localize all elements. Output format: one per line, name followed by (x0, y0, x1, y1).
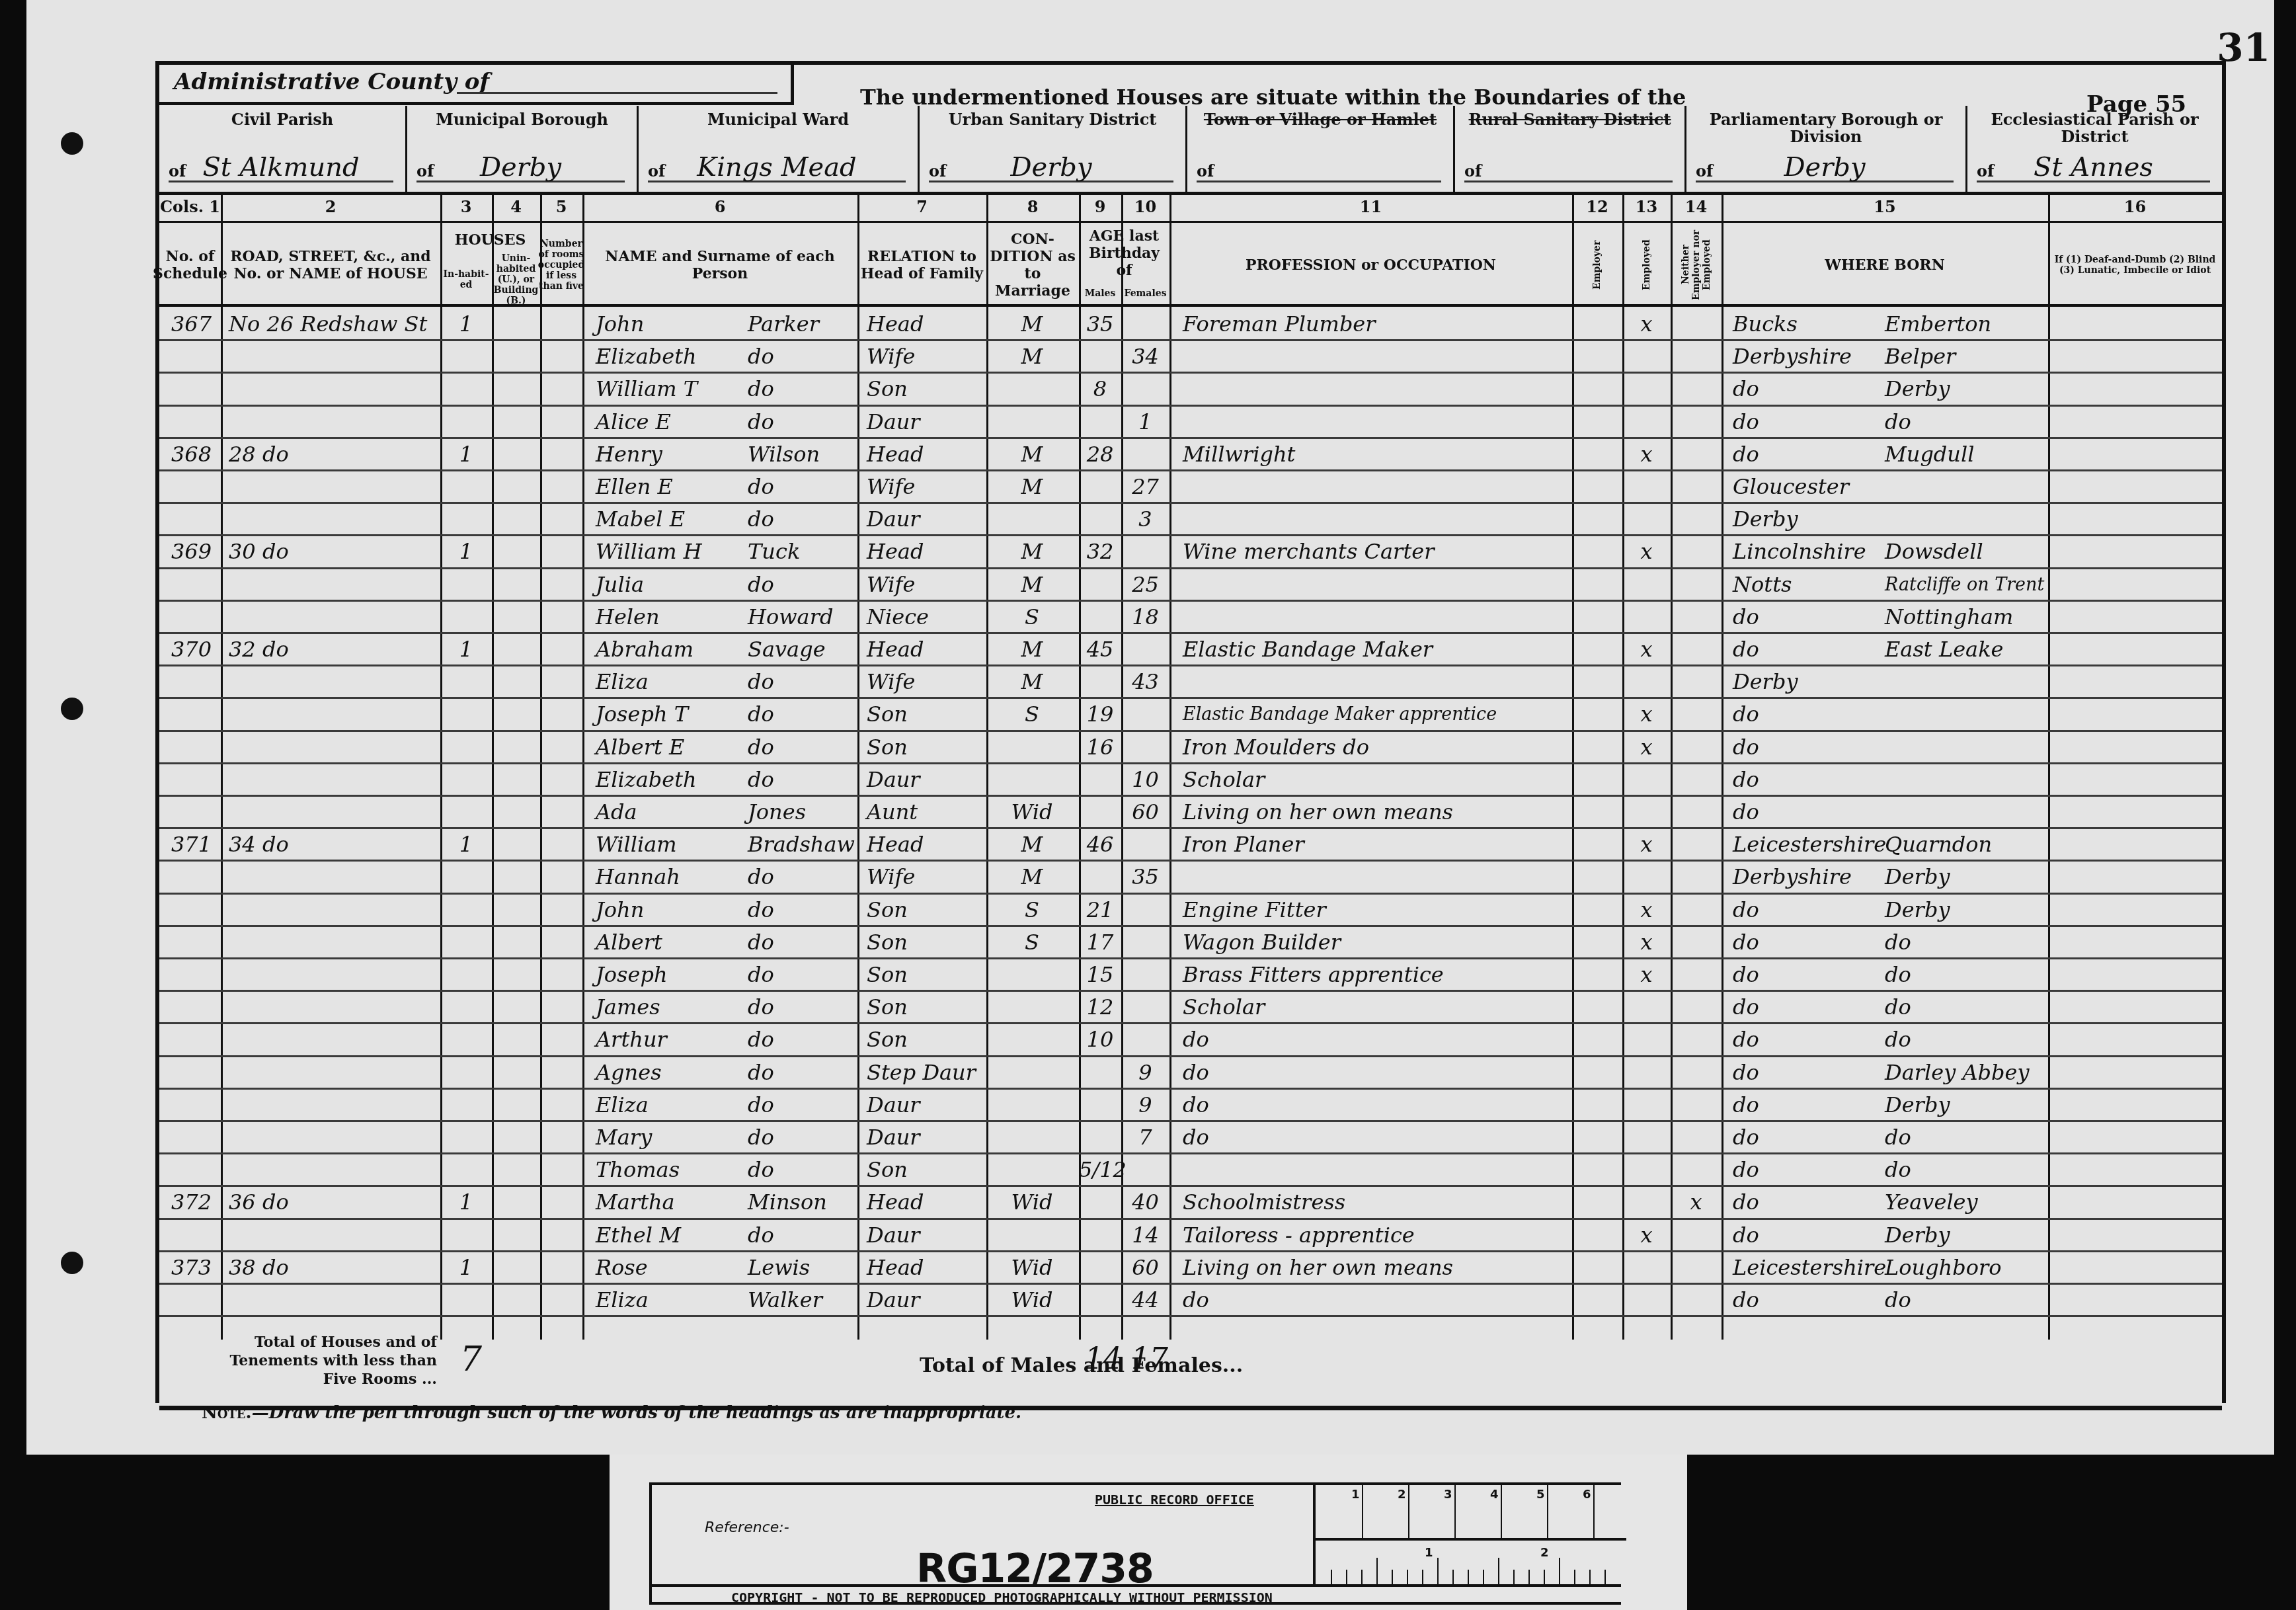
cell-sched: 372 (163, 1185, 219, 1217)
cell-neither (1671, 502, 1722, 534)
cell-place: do (1885, 925, 2047, 957)
cell-employed: x (1622, 437, 1671, 469)
table-row: ElizadoDaur9dodoDerby (159, 1088, 2222, 1122)
scale-ruler: 12345612 (1313, 1485, 1626, 1584)
cell-cond: S (992, 600, 1072, 632)
cell-place: Loughboro (1885, 1250, 2047, 1283)
cell-employer (1572, 893, 1622, 925)
cell-place: Nottingham (1885, 600, 2047, 632)
cell-neither (1671, 730, 1722, 762)
cell-male: 17 (1079, 925, 1121, 957)
cell-addr: 34 do (229, 827, 440, 860)
cell-employed (1622, 405, 1671, 437)
column-number: 2 (221, 197, 440, 216)
cell-sched (163, 469, 219, 502)
cell-inh (440, 600, 492, 632)
area-value-field: ofDerby (1696, 154, 1954, 182)
cell-sched (163, 1283, 219, 1315)
cell-employer (1572, 534, 1622, 567)
table-row: HelenHowardNieceS18doNottingham (159, 600, 2222, 634)
cell-place: Derby (1885, 372, 2047, 404)
cell-sched: 368 (163, 437, 219, 469)
reference-strip: PUBLIC RECORD OFFICE Reference:- RG12/27… (610, 1455, 1687, 1610)
cell-occ (1183, 405, 1566, 437)
cell-neither (1671, 437, 1722, 469)
cell-male (1079, 405, 1121, 437)
cell-county: do (1733, 1120, 1878, 1152)
table-row: AdaJonesAuntWid60Living on her own means… (159, 795, 2222, 829)
table-row: JamesdoSon12Scholardodo (159, 990, 2222, 1024)
cell-female: 1 (1121, 405, 1169, 437)
cell-occ: Living on her own means (1183, 795, 1566, 827)
cell-addr (229, 600, 440, 632)
column-header-c7: RELATION to Head of Family (857, 227, 986, 303)
cell-county: Derby (1733, 664, 1878, 697)
area-parliamentary-borough-or-division: Parliamentary Borough or Division ofDerb… (1686, 106, 1967, 192)
cell-employed: x (1622, 730, 1671, 762)
cell-female: 10 (1121, 762, 1169, 795)
cell-place: Dowsdell (1885, 534, 2047, 567)
cell-occ: Scholar (1183, 762, 1566, 795)
of-label: of (929, 161, 946, 181)
cell-addr (229, 1088, 440, 1120)
cell-employer (1572, 1055, 1622, 1088)
cell-name: Agnes (596, 1055, 748, 1088)
area-title: Rural Sanitary District (1455, 111, 1684, 128)
cell-employer (1572, 860, 1622, 892)
cell-surname: do (748, 405, 857, 437)
cell-employed (1622, 1120, 1671, 1152)
cell-cond: M (992, 632, 1072, 664)
cell-inh (440, 1283, 492, 1315)
table-row: 37032 do1AbrahamSavageHeadM45Elastic Ban… (159, 632, 2222, 666)
area-value-field: ofDerby (929, 154, 1173, 182)
cell-addr (229, 795, 440, 827)
reference-label: Reference:- (705, 1519, 789, 1536)
cell-county: do (1733, 1218, 1878, 1250)
table-row: Ethel MdoDaur14Tailoress - apprenticexdo… (159, 1218, 2222, 1252)
area-value: St Annes (2034, 152, 2153, 182)
of-label: of (416, 161, 434, 181)
table-row: 367No 26 Redshaw St1JohnParkerHeadM35For… (159, 307, 2222, 341)
cell-employer (1572, 1185, 1622, 1217)
cell-surname: do (748, 339, 857, 372)
cell-occ (1183, 860, 1566, 892)
area-title: Ecclesiastical Parish or District (1967, 111, 2222, 145)
cell-male: 12 (1079, 990, 1121, 1022)
cell-county: do (1733, 925, 1878, 957)
cell-employed: x (1622, 1218, 1671, 1250)
cell-female: 9 (1121, 1055, 1169, 1088)
column-header-c6: NAME and Surname of each Person (582, 227, 857, 303)
cell-county: Derby (1733, 502, 1878, 534)
cell-surname: do (748, 469, 857, 502)
cell-occ: do (1183, 1055, 1566, 1088)
cell-name: Elizabeth (596, 762, 748, 795)
cell-female (1121, 697, 1169, 729)
cell-surname: do (748, 697, 857, 729)
cell-cond (992, 1120, 1072, 1152)
column-number: 6 (582, 197, 857, 216)
cell-cond (992, 957, 1072, 990)
cell-employed (1622, 339, 1671, 372)
table-row: ArthurdoSon10dododo (159, 1022, 2222, 1057)
ruler-label: 5 (1536, 1488, 1545, 1502)
cell-employed (1622, 795, 1671, 827)
cell-occ: Brass Fitters apprentice (1183, 957, 1566, 990)
cell-male (1079, 1120, 1121, 1152)
column-number: 14 (1671, 197, 1722, 216)
cell-inh (440, 372, 492, 404)
cell-neither (1671, 307, 1722, 339)
cell-employed (1622, 1250, 1671, 1283)
reference-box: PUBLIC RECORD OFFICE Reference:- RG12/27… (649, 1482, 1621, 1605)
cell-county: do (1733, 990, 1878, 1022)
cell-male: 5/12 (1079, 1152, 1121, 1185)
cell-occ: Schoolmistress (1183, 1185, 1566, 1217)
area-value: Derby (480, 152, 561, 182)
cell-name: Mary (596, 1120, 748, 1152)
cell-rel: Head (867, 437, 986, 469)
cell-surname: do (748, 762, 857, 795)
cell-place: do (1885, 1283, 2047, 1315)
admin-county-field (457, 92, 777, 94)
cell-cond: M (992, 437, 1072, 469)
cell-neither (1671, 600, 1722, 632)
cell-male (1079, 1088, 1121, 1120)
cell-rel: Daur (867, 762, 986, 795)
cell-addr (229, 697, 440, 729)
column-header-c9_10: AGE last Birthday of (1079, 227, 1169, 280)
cell-employer (1572, 600, 1622, 632)
cell-neither (1671, 567, 1722, 600)
table-row: MarydoDaur7dododo (159, 1120, 2222, 1154)
cell-inh: 1 (440, 534, 492, 567)
cell-name: Ellen E (596, 469, 748, 502)
cell-occ: do (1183, 1088, 1566, 1120)
cell-rel: Son (867, 990, 986, 1022)
cell-county: do (1733, 1185, 1878, 1217)
cell-occ: Wagon Builder (1183, 925, 1566, 957)
cell-employed (1622, 1022, 1671, 1055)
cell-addr (229, 502, 440, 534)
cell-male: 45 (1079, 632, 1121, 664)
area-title: Town or Village or Hamlet (1187, 111, 1453, 128)
cell-sched: 371 (163, 827, 219, 860)
column-header-c11: PROFESSION or OCCUPATION (1169, 227, 1572, 303)
cell-occ: Elastic Bandage Maker apprentice (1183, 697, 1566, 729)
census-page: 31 Administrative County of The undermen… (26, 0, 2274, 1455)
cell-name: Albert (596, 925, 748, 957)
cell-female: 25 (1121, 567, 1169, 600)
cell-male: 32 (1079, 534, 1121, 567)
table-row: Alice EdoDaur1dodo (159, 405, 2222, 439)
table-row: ElizaWalkerDaurWid44dododo (159, 1283, 2222, 1317)
cell-inh (440, 990, 492, 1022)
column-header-c9: Males (1079, 284, 1121, 303)
cell-rel: Daur (867, 502, 986, 534)
cell-place: East Leake (1885, 632, 2047, 664)
cell-county: do (1733, 697, 1878, 729)
cell-county: do (1733, 405, 1878, 437)
cell-rel: Head (867, 534, 986, 567)
cell-employer (1572, 437, 1622, 469)
cell-occ (1183, 664, 1566, 697)
column-number: Cols. 1 (159, 197, 221, 216)
cell-place (1885, 469, 2047, 502)
cell-female: 3 (1121, 502, 1169, 534)
cell-neither (1671, 795, 1722, 827)
area-ecclesiastical-parish-or-district: Ecclesiastical Parish or District ofSt A… (1967, 106, 2222, 192)
cell-inh (440, 1055, 492, 1088)
cell-male (1079, 1055, 1121, 1088)
cell-employer (1572, 697, 1622, 729)
cell-female (1121, 534, 1169, 567)
table-row: JuliadoWifeM25NottsRatcliffe on Trent (159, 567, 2222, 602)
cell-sched (163, 990, 219, 1022)
cell-addr: No 26 Redshaw St (229, 307, 440, 339)
cell-employer (1572, 1120, 1622, 1152)
cell-county: do (1733, 957, 1878, 990)
cell-place: Emberton (1885, 307, 2047, 339)
cell-sched (163, 697, 219, 729)
cell-cond (992, 762, 1072, 795)
cell-cond: M (992, 339, 1072, 372)
cell-inh (440, 1022, 492, 1055)
cell-employer (1572, 827, 1622, 860)
cell-employed: x (1622, 307, 1671, 339)
cell-sched: 370 (163, 632, 219, 664)
cell-cond: Wid (992, 1283, 1072, 1315)
cell-employed (1622, 600, 1671, 632)
cell-sched: 367 (163, 307, 219, 339)
cell-addr (229, 730, 440, 762)
column-header-c5: Number of rooms occupied if less than fi… (540, 227, 582, 303)
cell-occ: Iron Planer (1183, 827, 1566, 860)
cell-county: Lincolnshire (1733, 534, 1878, 567)
table-row: 37338 do1RoseLewisHeadWid60Living on her… (159, 1250, 2222, 1285)
cell-female: 60 (1121, 795, 1169, 827)
area-title: Civil Parish (159, 111, 405, 128)
cell-place (1885, 730, 2047, 762)
cell-occ: do (1183, 1283, 1566, 1315)
cell-rel: Head (867, 827, 986, 860)
cell-addr (229, 1022, 440, 1055)
cell-male: 10 (1079, 1022, 1121, 1055)
cell-employed: x (1622, 534, 1671, 567)
cell-occ (1183, 372, 1566, 404)
cell-male: 15 (1079, 957, 1121, 990)
cell-female (1121, 1022, 1169, 1055)
table-row: JosephdoSon15Brass Fitters apprenticexdo… (159, 957, 2222, 992)
ruler-label: 1 (1351, 1488, 1360, 1502)
cell-county: do (1733, 795, 1878, 827)
cell-rel: Wife (867, 469, 986, 502)
cell-occ (1183, 502, 1566, 534)
cell-rel: Wife (867, 339, 986, 372)
table-row: Ellen EdoWifeM27Gloucester (159, 469, 2222, 504)
cell-name: Abraham (596, 632, 748, 664)
cell-male (1079, 795, 1121, 827)
cell-surname: do (748, 372, 857, 404)
cell-place: Derby (1885, 1218, 2047, 1250)
cell-neither (1671, 762, 1722, 795)
cell-female (1121, 925, 1169, 957)
cell-sched (163, 1152, 219, 1185)
cell-county: do (1733, 1088, 1878, 1120)
area-value-field: ofKings Mead (648, 154, 906, 182)
cell-employed (1622, 860, 1671, 892)
cell-male (1079, 339, 1121, 372)
cell-county: Derbyshire (1733, 339, 1878, 372)
cell-sched (163, 1022, 219, 1055)
cell-surname: do (748, 664, 857, 697)
cell-neither (1671, 664, 1722, 697)
cell-female (1121, 1152, 1169, 1185)
cell-cond: M (992, 469, 1072, 502)
cell-cond (992, 990, 1072, 1022)
cell-occ (1183, 600, 1566, 632)
cell-neither (1671, 1022, 1722, 1055)
cell-employed: x (1622, 925, 1671, 957)
cell-male (1079, 860, 1121, 892)
cell-name: Joseph (596, 957, 748, 990)
cell-rel: Son (867, 730, 986, 762)
cell-employed (1622, 1152, 1671, 1185)
cell-county: Notts (1733, 567, 1878, 600)
cell-place: Mugdull (1885, 437, 2047, 469)
column-header-c2: ROAD, STREET, &c., and No. or NAME of HO… (221, 227, 440, 303)
area-value-field: of (1197, 154, 1441, 182)
cell-inh (440, 795, 492, 827)
cell-employer (1572, 990, 1622, 1022)
cell-employer (1572, 1152, 1622, 1185)
males-females-total-label: Total of Males and Females... (920, 1354, 1243, 1377)
cell-inh: 1 (440, 827, 492, 860)
of-label: of (1464, 161, 1482, 181)
cell-rel: Son (867, 372, 986, 404)
cell-sched (163, 795, 219, 827)
footnote: Note.—Draw the pen through such of the w… (202, 1403, 1021, 1423)
cell-neither (1671, 372, 1722, 404)
cell-rel: Head (867, 307, 986, 339)
cell-addr: 30 do (229, 534, 440, 567)
cell-rel: Daur (867, 1088, 986, 1120)
cell-male (1079, 762, 1121, 795)
cell-name: Arthur (596, 1022, 748, 1055)
cell-occ (1183, 339, 1566, 372)
cell-employed: x (1622, 827, 1671, 860)
cell-neither (1671, 1218, 1722, 1250)
cell-rel: Head (867, 1250, 986, 1283)
cell-addr: 36 do (229, 1185, 440, 1217)
cell-place: do (1885, 1022, 2047, 1055)
cell-addr (229, 1152, 440, 1185)
cell-surname: Parker (748, 307, 857, 339)
cell-place: Derby (1885, 860, 2047, 892)
cell-rel: Wife (867, 567, 986, 600)
cell-addr: 32 do (229, 632, 440, 664)
table-row: ElizabethdoWifeM34DerbyshireBelper (159, 339, 2222, 374)
table-row: AgnesdoStep Daur9dodoDarley Abbey (159, 1055, 2222, 1090)
area-value-field: of (1464, 154, 1673, 182)
ruler-label: 2 (1540, 1546, 1549, 1560)
column-header-c13: Employed (1622, 227, 1671, 303)
table-row: Albert EdoSon16Iron Moulders doxdo (159, 730, 2222, 764)
cell-rel: Son (867, 1152, 986, 1185)
cell-place: do (1885, 957, 2047, 990)
cell-place (1885, 762, 2047, 795)
cell-occ: do (1183, 1022, 1566, 1055)
cell-occ: Foreman Plumber (1183, 307, 1566, 339)
cell-inh: 1 (440, 1185, 492, 1217)
cell-cond (992, 1152, 1072, 1185)
cell-addr (229, 762, 440, 795)
cell-female (1121, 827, 1169, 860)
cell-place: do (1885, 1152, 2047, 1185)
cell-name: Joseph T (596, 697, 748, 729)
ruler-label: 4 (1490, 1488, 1499, 1502)
cell-cond: S (992, 893, 1072, 925)
cell-place: Ratcliffe on Trent (1885, 567, 2047, 600)
cell-employed (1622, 469, 1671, 502)
cell-inh (440, 893, 492, 925)
cell-occ: Engine Fitter (1183, 893, 1566, 925)
column-number: 10 (1121, 197, 1169, 216)
females-total: 17 (1131, 1342, 1168, 1376)
binding-hole (61, 1252, 83, 1274)
cell-surname: do (748, 990, 857, 1022)
cell-place: Quarndon (1885, 827, 2047, 860)
cell-neither (1671, 1152, 1722, 1185)
cell-neither (1671, 534, 1722, 567)
column-number: 11 (1169, 197, 1572, 216)
cell-employer (1572, 1088, 1622, 1120)
column-number: 4 (492, 197, 540, 216)
cell-surname: Minson (748, 1185, 857, 1217)
cell-rel: Wife (867, 664, 986, 697)
cell-female (1121, 990, 1169, 1022)
cell-cond: Wid (992, 795, 1072, 827)
cell-neither (1671, 990, 1722, 1022)
cell-employed (1622, 990, 1671, 1022)
cell-neither (1671, 1055, 1722, 1088)
table-row: ElizabethdoDaur10Scholardo (159, 762, 2222, 797)
cell-employer (1572, 730, 1622, 762)
area-value: St Alkmund (202, 152, 359, 182)
cell-male (1079, 469, 1121, 502)
area-value-field: ofDerby (416, 154, 625, 182)
cell-inh: 1 (440, 307, 492, 339)
area-title: Municipal Ward (639, 111, 918, 128)
cell-employed (1622, 664, 1671, 697)
header-rule (159, 192, 2222, 195)
cell-name: Elizabeth (596, 339, 748, 372)
cell-place: Derby (1885, 893, 2047, 925)
column-number: 3 (440, 197, 492, 216)
cell-name: John (596, 893, 748, 925)
column-number: 5 (540, 197, 582, 216)
cell-place (1885, 795, 2047, 827)
cell-sched (163, 339, 219, 372)
cell-employed (1622, 1185, 1671, 1217)
cell-inh (440, 502, 492, 534)
cell-neither (1671, 957, 1722, 990)
of-label: of (1197, 161, 1214, 181)
cell-inh (440, 1120, 492, 1152)
cell-county: do (1733, 632, 1878, 664)
cell-county: do (1733, 1055, 1878, 1088)
